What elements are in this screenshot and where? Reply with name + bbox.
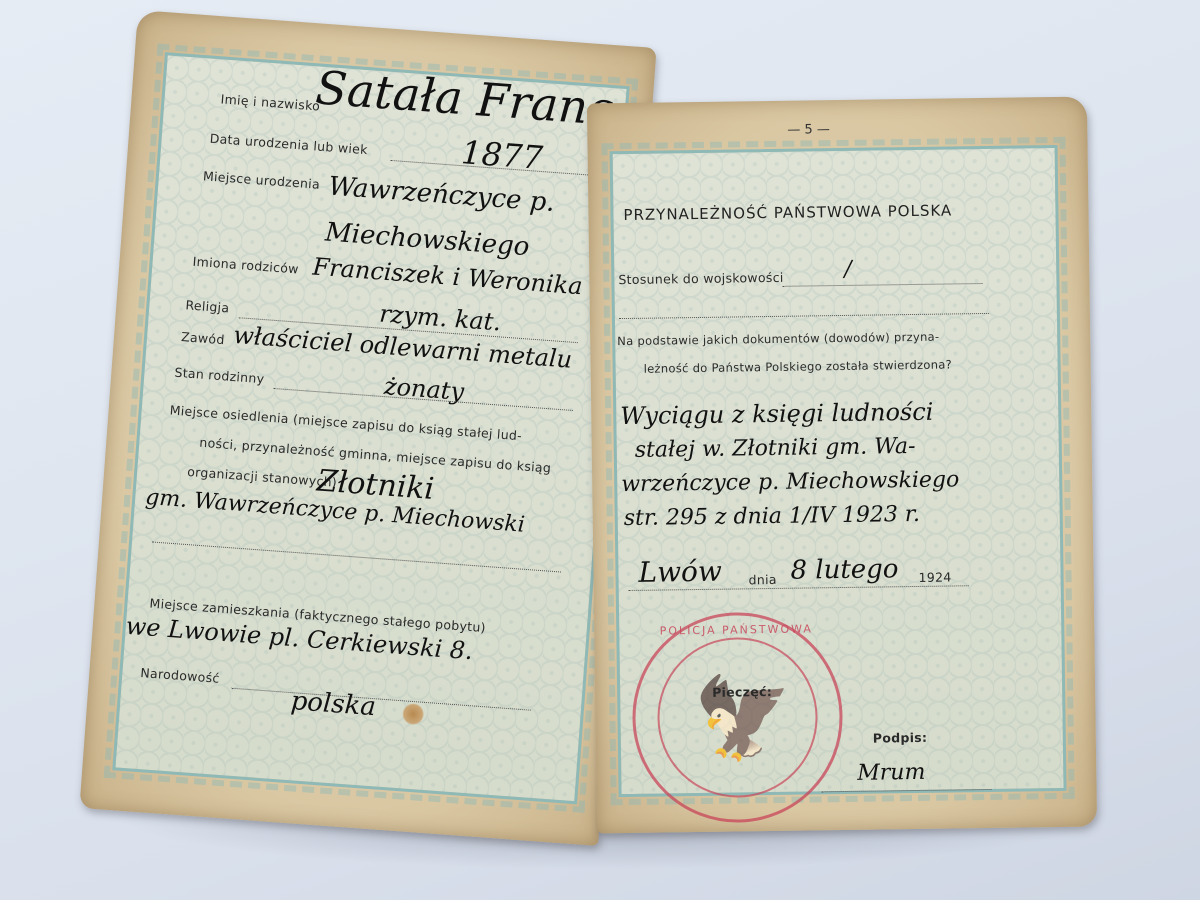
- label-seal: Pieczęć:: [712, 684, 772, 700]
- left-page: Imię i nazwisko Satała Franc Data urodze…: [79, 10, 656, 846]
- dotted-line: [232, 688, 531, 711]
- right-page: — 5 — PRZYNALEŻNOŚĆ PAŃSTWOWA POLSKA Sto…: [587, 97, 1097, 834]
- dotted-line: [782, 283, 982, 287]
- eagle-icon: 🦅: [693, 663, 785, 774]
- label-birth-date: Data urodzenia lub wiek: [209, 131, 368, 158]
- label-name: Imię i nazwisko: [220, 91, 321, 113]
- date-year: 1924: [918, 569, 951, 584]
- question-line1: Na podstawie jakich dokumentów (dowodów)…: [617, 330, 939, 348]
- value-marital-status: żonaty: [383, 372, 465, 406]
- date-day-month: 8 lutego: [790, 554, 898, 586]
- answer-line1: Wyciągu z księgi ludności: [620, 398, 933, 430]
- right-page-guilloche-frame: PRZYNALEŻNOŚĆ PAŃSTWOWA POLSKA Stosunek …: [610, 145, 1067, 797]
- page-title: PRZYNALEŻNOŚĆ PAŃSTWOWA POLSKA: [623, 201, 952, 224]
- value-name: Satała Franc: [314, 60, 616, 136]
- date-dnia: dnia: [748, 572, 776, 587]
- stain: [401, 702, 425, 726]
- stamp-text: POLICJA PAŃSTWOWA: [634, 622, 838, 638]
- answer-line3: wrzeńczyce p. Miechowskiego: [621, 467, 959, 497]
- signature: Mrum: [857, 760, 925, 786]
- label-occupation: Zawód: [181, 329, 226, 347]
- left-page-guilloche-frame: Imię i nazwisko Satała Franc Data urodze…: [112, 52, 629, 804]
- answer-line2: stałej w. Złotniki gm. Wa-: [635, 434, 916, 463]
- answer-line4: str. 295 z dnia 1/IV 1923 r.: [624, 502, 921, 531]
- page-number: — 5 —: [787, 122, 830, 138]
- label-marital-status: Stan rodzinny: [174, 365, 265, 387]
- label-nationality: Narodowość: [140, 665, 220, 686]
- dotted-line: [619, 313, 989, 319]
- label-religion: Religja: [185, 297, 230, 315]
- label-birth-place: Miejsce urodzenia: [202, 168, 320, 192]
- label-signature: Podpis:: [873, 730, 928, 746]
- police-stamp: POLICJA PAŃSTWOWA 🦅: [631, 611, 844, 824]
- date-place: Lwów: [638, 555, 722, 589]
- value-birth-date: 1877: [460, 133, 544, 177]
- dotted-line: [152, 541, 561, 572]
- label-parents: Imiona rodziców: [192, 254, 299, 277]
- value-religion: rzym. kat.: [378, 300, 502, 337]
- label-settlement-line3: organizacji stanowych): [187, 464, 338, 490]
- value-military: /: [844, 257, 852, 282]
- question-line2: leżność do Państwa Polskiego została stw…: [644, 357, 953, 375]
- dotted-line: [822, 789, 992, 792]
- label-military: Stosunek do wojskowości: [618, 270, 783, 287]
- value-nationality: polska: [290, 686, 377, 722]
